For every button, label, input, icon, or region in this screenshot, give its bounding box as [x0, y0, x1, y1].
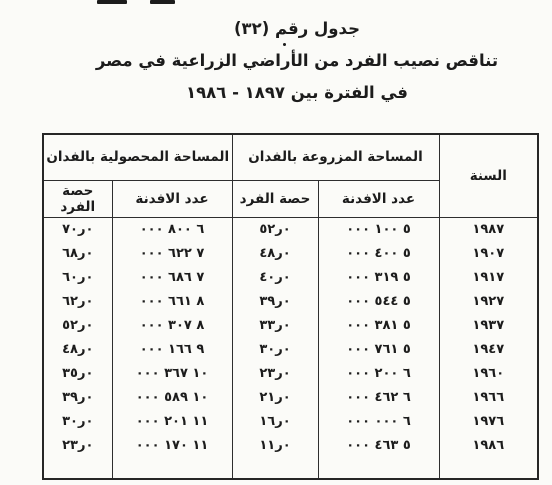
year-cell: ١٩٦٦: [439, 385, 538, 409]
feddans-value: ٨ ٦٦١ ٠٠٠: [140, 294, 205, 309]
feddans-value: ١٠ ٥٨٩ ٠٠٠: [136, 390, 209, 405]
year-value: ١٩٧٦: [472, 414, 504, 429]
crop-share-cell: ٠ر٤٨: [43, 337, 112, 361]
feddans-value: ١١ ٢٠١ ٠٠٠: [136, 414, 209, 429]
table-subject-title: تناقص نصيب الفرد من الأراضي الزراعية في …: [44, 45, 550, 77]
year-value: ١٩٣٧: [472, 318, 504, 333]
table-row: ١٩٧٦ ٦ ٠٠٠ ٠٠٠ ٠ر١٦ ١١ ٢٠١ ٠٠٠ ٠ر٣٠: [43, 409, 538, 433]
year-cell: ١٩٤٧: [439, 337, 538, 361]
year-cell: ١٩٨٦: [439, 433, 538, 457]
share-value: ٠ر٦٠: [62, 270, 93, 285]
cultivated-feddans-cell: ٥ ٤٦٣ ٠٠٠: [318, 433, 439, 457]
share-value: ٠ر٤٠: [259, 270, 290, 285]
share-value: ٠ر١١: [259, 438, 290, 453]
crop-share-cell: ٠ر٣٠: [43, 409, 112, 433]
year-value: ١٩١٧: [472, 270, 504, 285]
share-value: ٠ر٤٨: [62, 342, 93, 357]
share-value: ٠ر١٦: [259, 414, 290, 429]
table-row: ١٩٦٦ ٦ ٤٦٢ ٠٠٠ ٠ر٢١ ١٠ ٥٨٩ ٠٠٠ ٠ر٣٩: [43, 385, 538, 409]
feddans-value: ٦ ٠٠٠ ٠٠٠: [346, 414, 411, 429]
scanned-document-page: جدول رقم (٣٢) تناقص نصيب الفرد من الأراض…: [0, 0, 552, 485]
feddans-value: ٦ ٨٠٠ ٠٠٠: [140, 222, 205, 237]
share-value: ٠ر٢١: [259, 390, 290, 405]
crop-feddans-cell: ١٠ ٥٨٩ ٠٠٠: [112, 385, 232, 409]
cultivated-feddans-cell: ٦ ٠٠٠ ٠٠٠: [318, 409, 439, 433]
share-value: ٠ر٢٣: [259, 366, 290, 381]
table-row: ١٩٦٠ ٦ ٢٠٠ ٠٠٠ ٠ر٢٣ ١٠ ٣٦٧ ٠٠٠ ٠ر٣٥: [43, 361, 538, 385]
crop-share-header: حصة الفرد: [43, 180, 112, 217]
crop-share-cell: ٠ر٦٨: [43, 241, 112, 265]
share-value: ٠ر٢٣: [62, 438, 93, 453]
cultivated-share-cell: ٠ر١١: [232, 433, 318, 457]
cultivated-share-cell: ٠ر٥٢: [232, 217, 318, 241]
year-value: ١٩٦٦: [472, 390, 504, 405]
crop-share-cell: ٠ر٥٢: [43, 313, 112, 337]
cultivated-share-cell: ٠ر٤٠: [232, 265, 318, 289]
table-period-title: في الفترة بين ١٨٩٧ - ١٩٨٦: [44, 77, 550, 109]
feddans-value: ٨ ٣٠٧ ٠٠٠: [140, 318, 205, 333]
cultivated-feddans-cell: ٥ ٧٦١ ٠٠٠: [318, 337, 439, 361]
feddans-value: ٧ ٦٨٦ ٠٠٠: [140, 270, 205, 285]
share-value: ٠ر٣٩: [62, 390, 93, 405]
header-group-row: السنة المساحة المزروعة بالفدان المساحة ا…: [43, 134, 538, 180]
cultivated-share-cell: ٠ر٢٣: [232, 361, 318, 385]
cultivated-feddans-cell: ٦ ٢٠٠ ٠٠٠: [318, 361, 439, 385]
table-row: ١٩٠٧ ٥ ٤٠٠ ٠٠٠ ٠ر٤٨ ٧ ٦٢٢ ٠٠٠ ٠ر٦٨: [43, 241, 538, 265]
year-cell: ١٩٣٧: [439, 313, 538, 337]
year-value: ١٩٨٧: [472, 222, 504, 237]
cultivated-feddans-cell: ٥ ١٠٠ ٠٠٠: [318, 217, 439, 241]
table-row: ١٩٨٧ ٥ ١٠٠ ٠٠٠ ٠ر٥٢ ٦ ٨٠٠ ٠٠٠ ٠ر٧٠: [43, 217, 538, 241]
cultivated-feddans-cell: ٥ ٣١٩ ٠٠٠: [318, 265, 439, 289]
spacer-cell: [43, 457, 112, 479]
table-row: ١٩٤٧ ٥ ٧٦١ ٠٠٠ ٠ر٣٠ ٩ ١٦٦ ٠٠٠ ٠ر٤٨: [43, 337, 538, 361]
feddans-value: ٦ ٢٠٠ ٠٠٠: [346, 366, 411, 381]
cultivated-share-cell: ٠ر٣٠: [232, 337, 318, 361]
year-value: ١٩٦٠: [472, 366, 504, 381]
year-value: ١٩٢٧: [472, 294, 504, 309]
cultivated-feddans-cell: ٦ ٤٦٢ ٠٠٠: [318, 385, 439, 409]
scan-artifact: [150, 0, 175, 4]
year-value: ١٩٤٧: [472, 342, 504, 357]
table-title-block: جدول رقم (٣٢) تناقص نصيب الفرد من الأراض…: [44, 13, 550, 109]
spacer-cell: [318, 457, 439, 479]
feddans-value: ٩ ١٦٦ ٠٠٠: [140, 342, 205, 357]
feddans-value: ١٠ ٣٦٧ ٠٠٠: [136, 366, 209, 381]
crop-feddans-cell: ٨ ٣٠٧ ٠٠٠: [112, 313, 232, 337]
share-value: ٠ر٣٥: [62, 366, 93, 381]
spacer-row: [43, 457, 538, 479]
crop-share-cell: ٠ر٣٥: [43, 361, 112, 385]
feddans-value: ٥ ٣٨١ ٠٠٠: [346, 318, 411, 333]
cultivated-share-cell: ٠ر٣٩: [232, 289, 318, 313]
feddans-value: ٥ ٧٦١ ٠٠٠: [346, 342, 411, 357]
feddans-value: ٥ ٤٠٠ ٠٠٠: [346, 246, 411, 261]
year-cell: ١٩٨٧: [439, 217, 538, 241]
crop-feddans-cell: ٧ ٦٨٦ ٠٠٠: [112, 265, 232, 289]
cultivated-share-cell: ٠ر٣٣: [232, 313, 318, 337]
crop-share-cell: ٠ر٦٢: [43, 289, 112, 313]
year-cell: ١٩٦٠: [439, 361, 538, 385]
spacer-cell: [439, 457, 538, 479]
share-value: ٠ر٣٠: [62, 414, 93, 429]
year-cell: ١٩١٧: [439, 265, 538, 289]
crop-area-group-header: المساحة المحصولية بالفدان: [43, 134, 232, 180]
table-row: ١٩١٧ ٥ ٣١٩ ٠٠٠ ٠ر٤٠ ٧ ٦٨٦ ٠٠٠ ٠ر٦٠: [43, 265, 538, 289]
share-value: ٠ر٤٨: [259, 246, 290, 261]
year-value: ١٩٨٦: [472, 438, 504, 453]
table-row: ١٩٨٦ ٥ ٤٦٣ ٠٠٠ ٠ر١١ ١١ ١٧٠ ٠٠٠ ٠ر٢٣: [43, 433, 538, 457]
share-value: ٠ر٧٠: [62, 222, 93, 237]
crop-feddans-header: عدد الافدنة: [112, 180, 232, 217]
share-value: ٠ر٣٣: [259, 318, 290, 333]
year-cell: ١٩٢٧: [439, 289, 538, 313]
crop-feddans-cell: ١١ ٢٠١ ٠٠٠: [112, 409, 232, 433]
crop-feddans-cell: ٩ ١٦٦ ٠٠٠: [112, 337, 232, 361]
crop-feddans-cell: ١١ ١٧٠ ٠٠٠: [112, 433, 232, 457]
feddans-value: ٥ ٣١٩ ٠٠٠: [346, 270, 411, 285]
cultivated-feddans-cell: ٥ ٥٤٤ ٠٠٠: [318, 289, 439, 313]
year-header-cell: السنة: [439, 134, 538, 217]
crop-share-cell: ٠ر٣٩: [43, 385, 112, 409]
cultivated-feddans-cell: ٥ ٤٠٠ ٠٠٠: [318, 241, 439, 265]
spacer-cell: [232, 457, 318, 479]
share-value: ٠ر٣٩: [259, 294, 290, 309]
share-value: ٠ر٥٢: [259, 222, 290, 237]
table-number-title: جدول رقم (٣٢): [44, 13, 550, 45]
crop-share-cell: ٠ر٢٣: [43, 433, 112, 457]
share-value: ٠ر٦٨: [62, 246, 93, 261]
table-row: ١٩٢٧ ٥ ٥٤٤ ٠٠٠ ٠ر٣٩ ٨ ٦٦١ ٠٠٠ ٠ر٦٢: [43, 289, 538, 313]
share-value: ٠ر٣٠: [259, 342, 290, 357]
feddans-value: ٥ ٥٤٤ ٠٠٠: [346, 294, 411, 309]
feddans-value: ٥ ١٠٠ ٠٠٠: [346, 222, 411, 237]
cultivated-feddans-header: عدد الافدنة: [318, 180, 439, 217]
cultivated-share-header: حصة الفرد: [232, 180, 318, 217]
land-share-table: السنة المساحة المزروعة بالفدان المساحة ا…: [42, 133, 539, 480]
scan-artifact: [97, 0, 127, 4]
cultivated-feddans-cell: ٥ ٣٨١ ٠٠٠: [318, 313, 439, 337]
share-value: ٠ر٥٢: [62, 318, 93, 333]
spacer-cell: [112, 457, 232, 479]
year-value: ١٩٠٧: [472, 246, 504, 261]
feddans-value: ٧ ٦٢٢ ٠٠٠: [140, 246, 205, 261]
share-value: ٠ر٦٢: [62, 294, 93, 309]
year-cell: ١٩٠٧: [439, 241, 538, 265]
cultivated-area-group-header: المساحة المزروعة بالفدان: [232, 134, 439, 180]
cultivated-share-cell: ٠ر١٦: [232, 409, 318, 433]
year-cell: ١٩٧٦: [439, 409, 538, 433]
feddans-value: ١١ ١٧٠ ٠٠٠: [136, 438, 209, 453]
crop-feddans-cell: ١٠ ٣٦٧ ٠٠٠: [112, 361, 232, 385]
crop-feddans-cell: ٧ ٦٢٢ ٠٠٠: [112, 241, 232, 265]
crop-share-cell: ٠ر٦٠: [43, 265, 112, 289]
feddans-value: ٦ ٤٦٢ ٠٠٠: [346, 390, 411, 405]
feddans-value: ٥ ٤٦٣ ٠٠٠: [346, 438, 411, 453]
crop-share-cell: ٠ر٧٠: [43, 217, 112, 241]
cultivated-share-cell: ٠ر٢١: [232, 385, 318, 409]
cultivated-share-cell: ٠ر٤٨: [232, 241, 318, 265]
table-row: ١٩٣٧ ٥ ٣٨١ ٠٠٠ ٠ر٣٣ ٨ ٣٠٧ ٠٠٠ ٠ر٥٢: [43, 313, 538, 337]
crop-feddans-cell: ٨ ٦٦١ ٠٠٠: [112, 289, 232, 313]
crop-feddans-cell: ٦ ٨٠٠ ٠٠٠: [112, 217, 232, 241]
